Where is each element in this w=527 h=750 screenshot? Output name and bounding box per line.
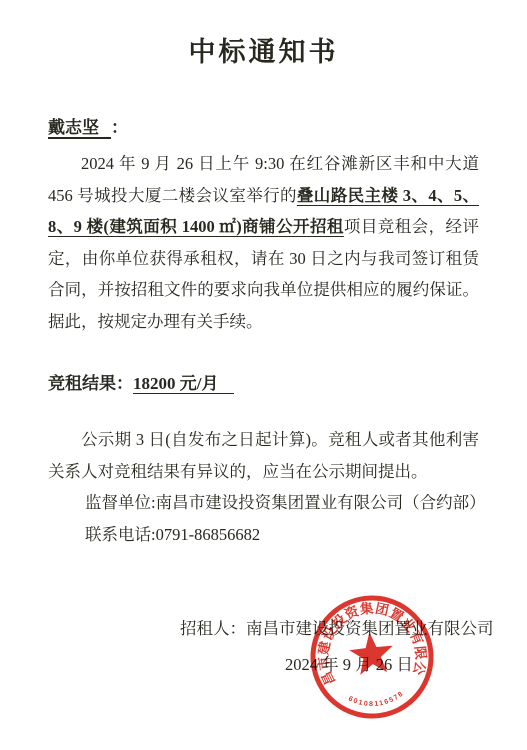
phone-line: 联系电话:0791-86856682 [48,519,479,551]
signer-name: 南昌市建设投资集团置业有限公司 [246,619,494,638]
signer-line: 招租人：南昌市建设投资集团置业有限公司 [180,612,479,645]
recipient-colon: ： [111,118,128,137]
document-title: 中标通知书 [48,30,479,69]
bid-result-value: 18200 元/月 [133,374,234,394]
bid-result-line: 竞租结果：18200 元/月 [48,369,479,394]
sign-date: 2024 年 9 月 26 日 [285,648,479,681]
recipient-line: 戴志坚： [48,113,479,138]
bid-award-notice-document: 中标通知书 戴志坚： 2024 年 9 月 26 日上午 9:30 在红谷滩新区… [0,0,527,750]
recipient-name: 戴志坚 [48,118,111,139]
body-paragraph-1: 2024 年 9 月 26 日上午 9:30 在红谷滩新区丰和中大道 456 号… [48,148,479,337]
bid-result-label: 竞租结果： [48,374,133,393]
signature-block: 招租人：南昌市建设投资集团置业有限公司 2024 年 9 月 26 日 [48,612,479,681]
signer-label: 招租人： [180,619,246,638]
supervisor-line: 监督单位:南昌市建设投资集团置业有限公司（合约部） [48,487,479,519]
body-paragraph-2: 公示期 3 日(自发布之日起计算)。竞租人或者其他利害关系人对竞租结果有异议的，… [48,424,479,487]
